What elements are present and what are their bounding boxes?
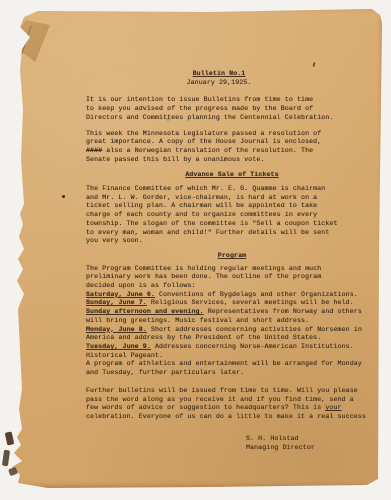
program-section: Program xyxy=(86,252,378,261)
program-item: Monday, June 8. Short addresses concerni… xyxy=(86,326,378,343)
paper-tear-remnant xyxy=(5,431,15,445)
ink-speck xyxy=(62,195,65,198)
struck-out-characters: #### xyxy=(86,147,102,154)
program-item-detail: Religious Services, several meetings wil… xyxy=(147,299,354,306)
paper-tear-remnant xyxy=(2,450,10,467)
program-item-day: Saturday, June 6. xyxy=(86,291,155,298)
program-item-day: Sunday afternoon and evening. xyxy=(86,308,204,315)
program-item-day: Sunday, June 7. xyxy=(86,299,147,306)
intro-paragraph: It is our intention to issue Bulletins f… xyxy=(86,96,378,122)
photo-backdrop: Bulletin No.1 January 29,1925. It is our… xyxy=(0,0,391,500)
legislature-paragraph: This week the Minnesota Legislature pass… xyxy=(86,130,378,165)
program-item-detail: Conventions of Bygdelags and other Organ… xyxy=(155,291,358,298)
tickets-paragraph: The Finance Committee of which Mr. E. G.… xyxy=(86,185,378,246)
program-item-day: Tuesday, June 9. xyxy=(86,343,151,350)
legislature-text-before: This week the Minnesota Legislature pass… xyxy=(86,130,321,146)
signature-block: S. H. Holstad Managing Director xyxy=(246,435,378,453)
document-title: Bulletin No.1 xyxy=(193,70,246,79)
program-item-detail: Addresses concerning Norse-American Inst… xyxy=(151,343,354,350)
tickets-heading: Advance Sale of Tickets xyxy=(185,171,278,180)
closing-paragraph: Further bulletins will be issued from ti… xyxy=(86,387,378,422)
program-heading: Program xyxy=(218,252,246,261)
program-item: Sunday, June 7. Religious Services, seve… xyxy=(86,299,378,308)
tickets-section: Advance Sale of Tickets xyxy=(86,171,378,180)
document-date: January 29,1925. xyxy=(187,79,252,86)
signature-role: Managing Director xyxy=(246,444,378,453)
program-item: Sunday afternoon and evening. Representa… xyxy=(86,308,378,325)
closing-emphasized-word: your xyxy=(325,404,341,411)
closing-text-after: celebration. Everyone of us can do a lit… xyxy=(86,413,366,420)
program-item: Tuesday, June 9. Addresses concerning No… xyxy=(86,343,378,352)
program-athletics-note: A program of athletics and entertainment… xyxy=(86,360,378,377)
typewritten-content: Bulletin No.1 January 29,1925. It is our… xyxy=(86,70,378,452)
signature-name: S. H. Holstad xyxy=(246,435,378,444)
program-intro: The Program Committee is holding regular… xyxy=(86,265,378,291)
program-item-day: Monday, June 8. xyxy=(86,326,147,333)
closing-text-before: Further bulletins will be issued from ti… xyxy=(86,387,358,411)
legislature-text-after: also a Norwegian translation of the reso… xyxy=(86,147,313,163)
torn-corner-flap xyxy=(17,20,50,62)
title-block: Bulletin No.1 January 29,1925. xyxy=(86,70,352,87)
